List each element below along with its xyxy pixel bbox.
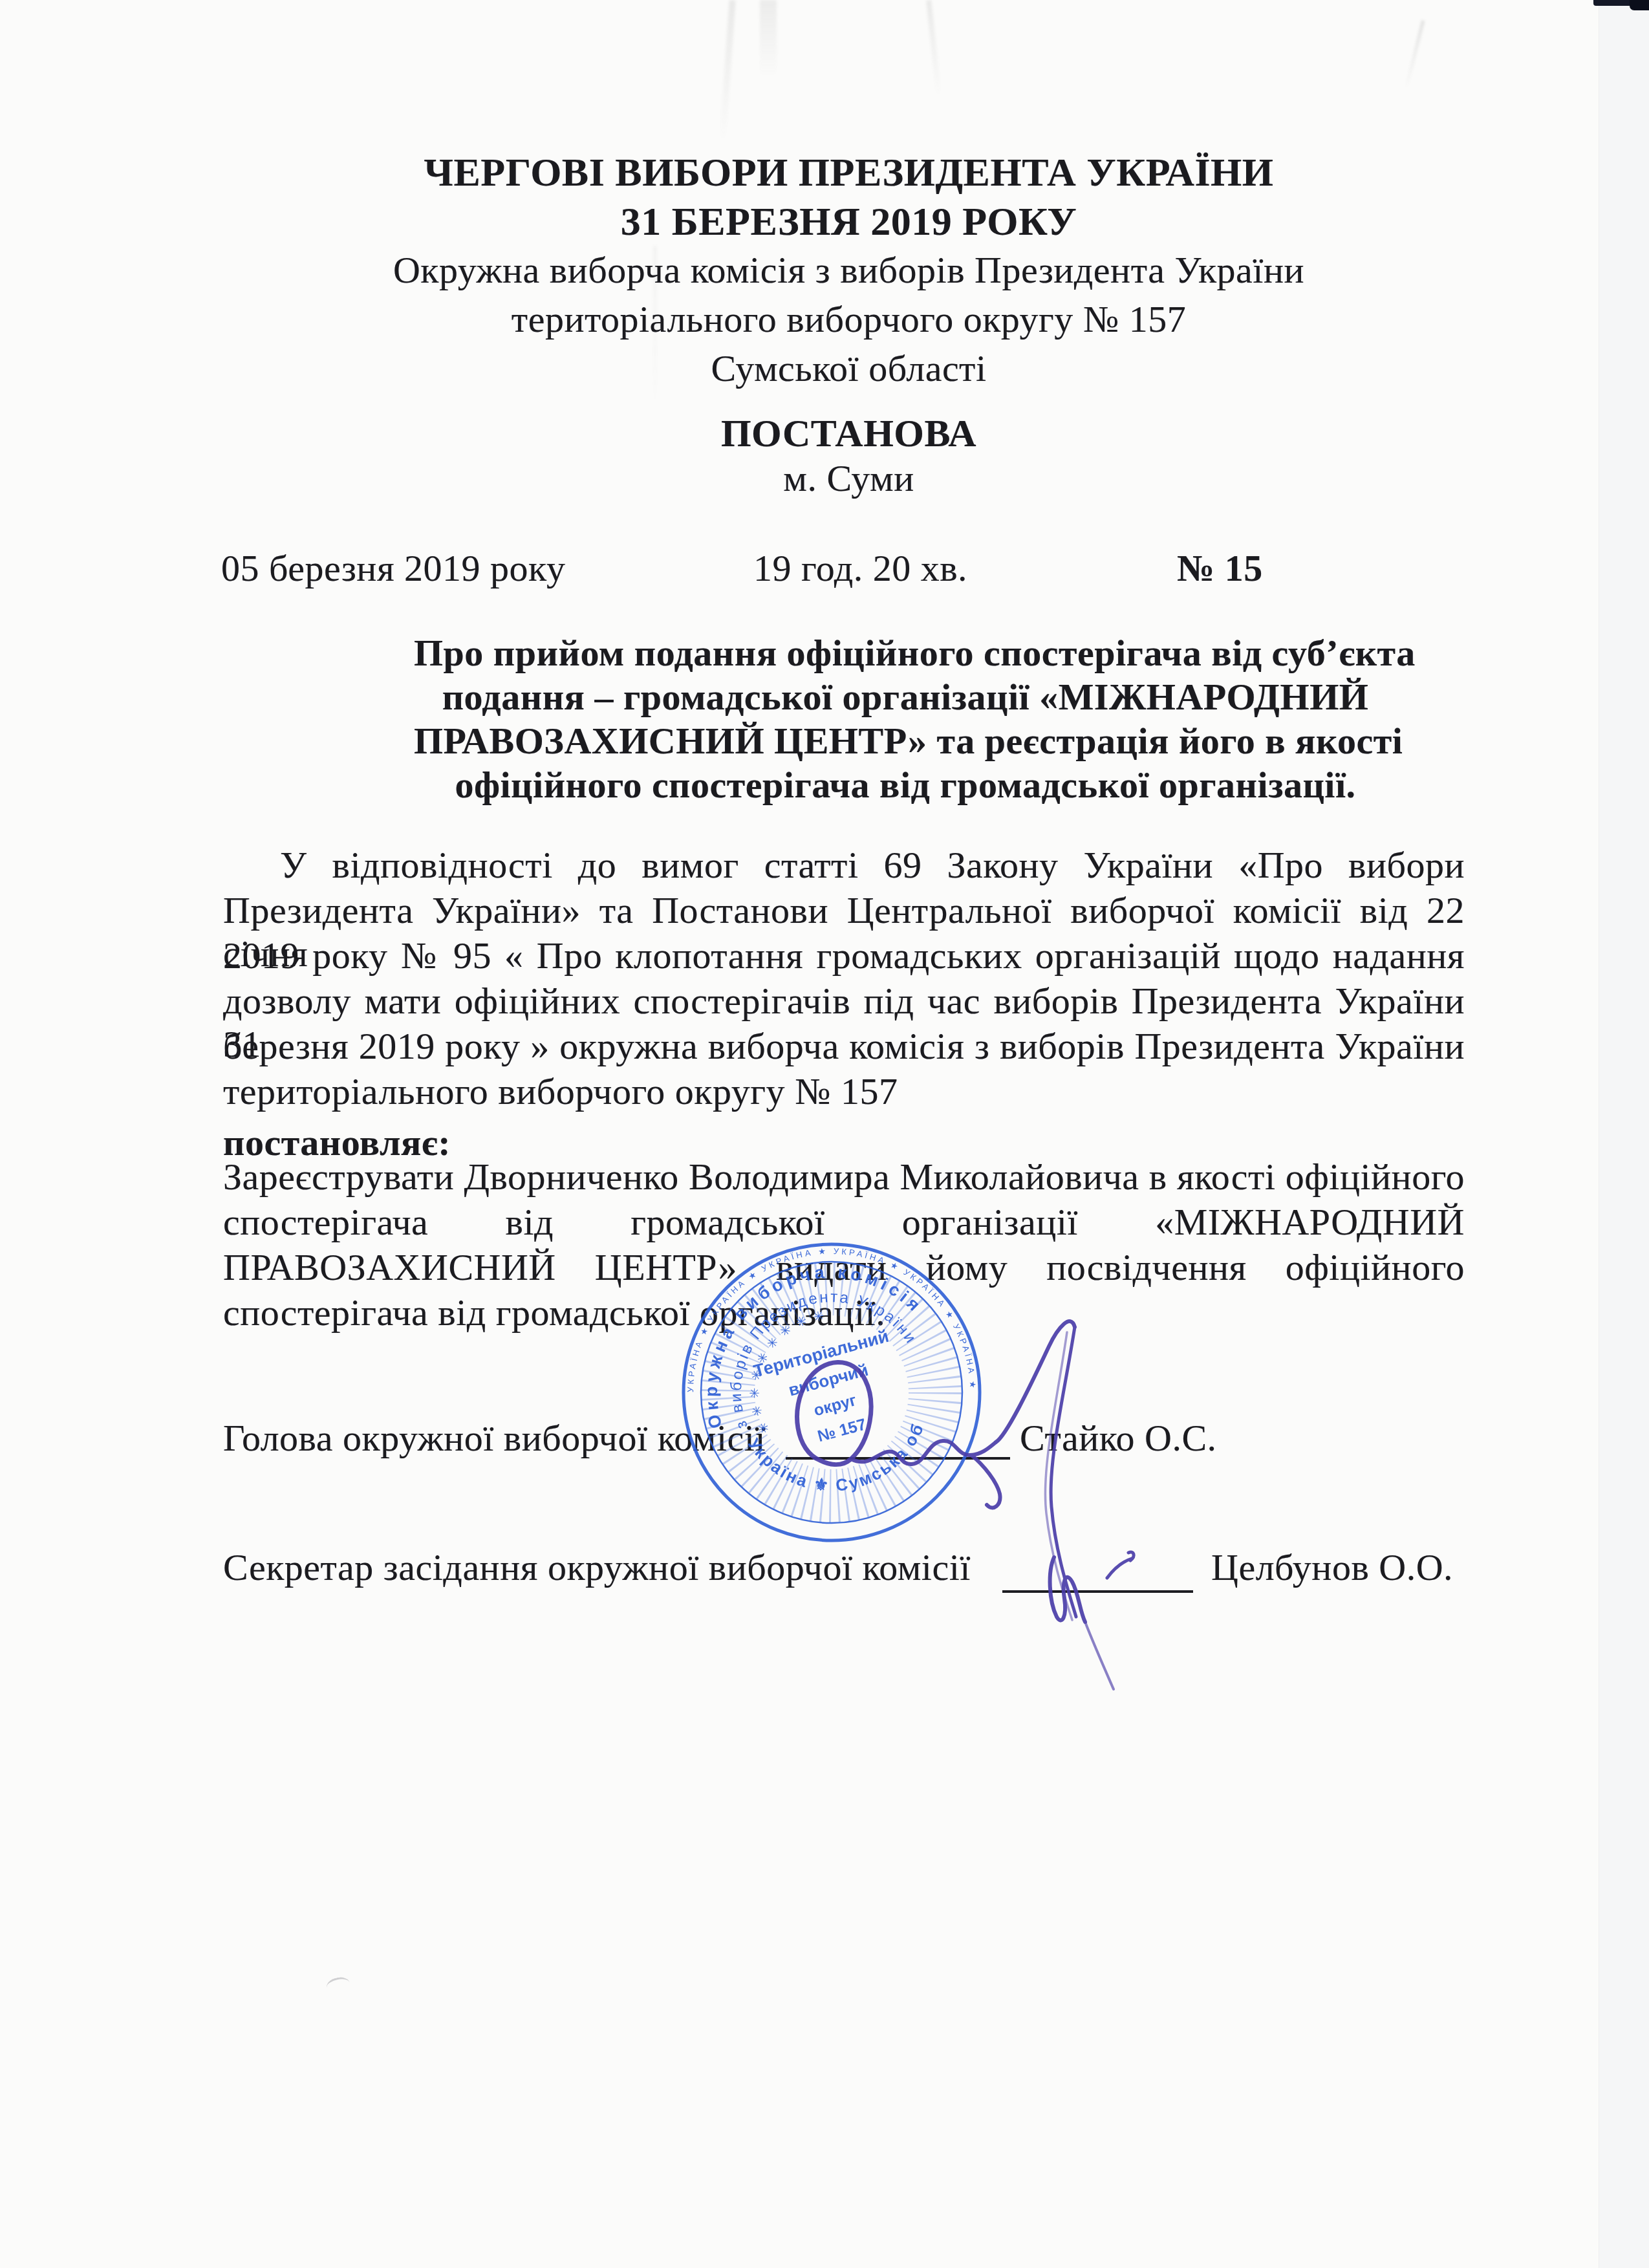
stamp-text: УКРАЇНА ★ УКРАЇНА ★ УКРАЇНА ★ УКРАЇНА ★ … bbox=[0, 0, 978, 1495]
ink-overlay: УКРАЇНА ★ УКРАЇНА ★ УКРАЇНА ★ УКРАЇНА ★ … bbox=[0, 0, 1649, 2268]
stamp-center-line-3: округ bbox=[812, 1391, 858, 1420]
document-page: ЧЕРГОВІ ВИБОРИ ПРЕЗИДЕНТА УКРАЇНИ 31 БЕР… bbox=[0, 0, 1649, 2268]
stamp-center-line-4: № 157 bbox=[815, 1415, 868, 1445]
